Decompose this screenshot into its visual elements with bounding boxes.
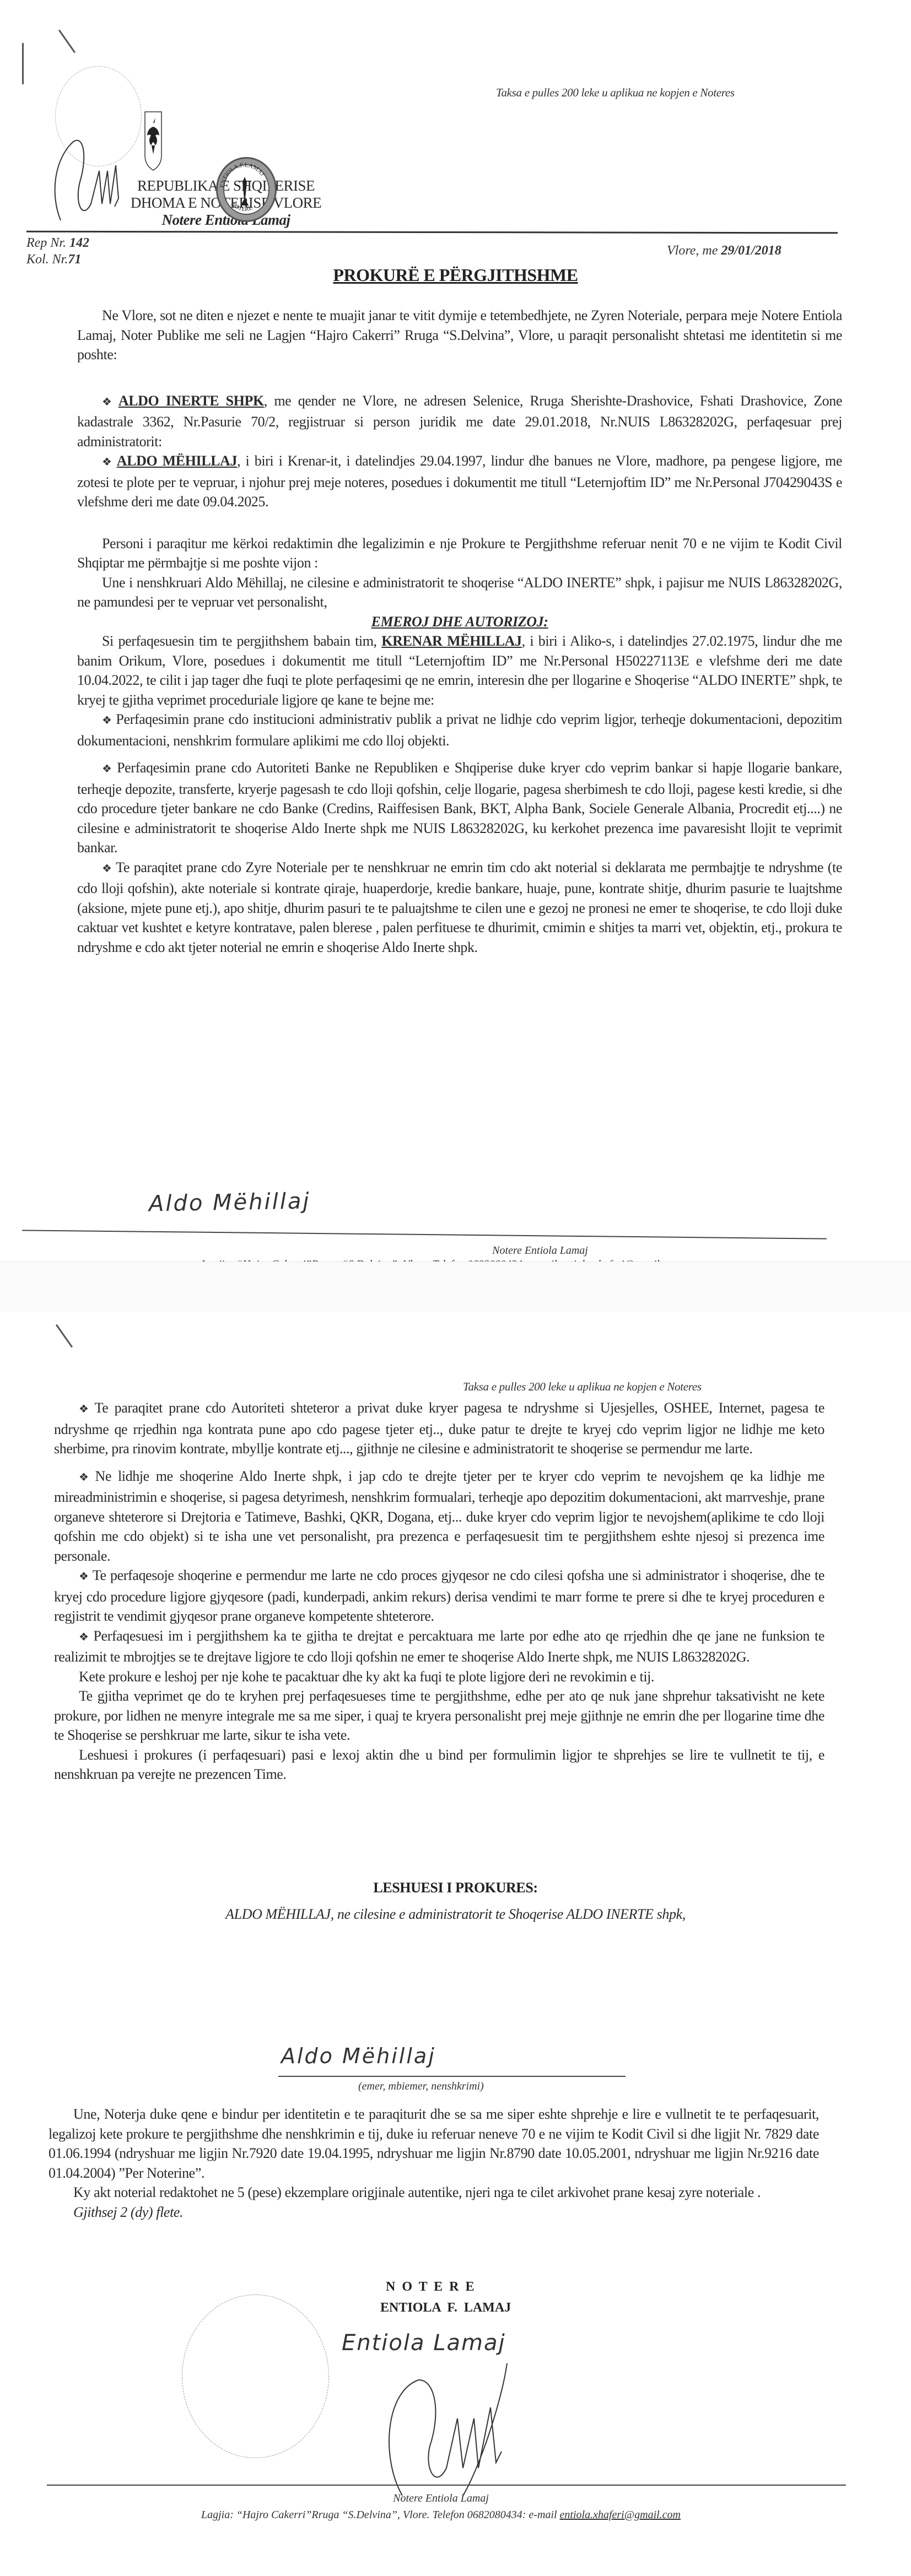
power-item: ❖Te perfaqesoje shoqerine e permendur me… [54,1566,824,1626]
bullet-icon: ❖ [79,1403,91,1415]
sheets-count: Gjithsej 2 (dy) flete. [48,2202,819,2222]
notary-signature-handwritten: Entiola Lamaj [342,2330,506,2356]
page2-footer: Notere Entiola Lamaj Lagjia: “Hajro Cake… [55,2490,827,2523]
bullet-icon: ❖ [102,396,115,408]
tax-note: Taksa e pulles 200 leke u aplikua ne kop… [463,1380,702,1394]
issuer-signature-line [278,2076,626,2077]
issuer-read-paragraph: Leshuesi i prokures (i perfaqesuari) pas… [54,1745,824,1784]
validity-paragraph: Kete prokure e leshoj per nje kohe te pa… [54,1667,824,1687]
page1-body: Ne Vlore, sot ne diten e njezet e nente … [77,306,842,957]
signature-line [22,1230,827,1239]
administrator-name: ALDO MËHILLAJ [117,453,237,469]
declaration-paragraph: Une i nenshkruari Aldo Mëhillaj, ne cile… [77,573,842,612]
bullet-icon: ❖ [79,1571,89,1583]
state-seal-stamp [182,2294,329,2458]
issuer-signature-handwritten: Aldo Mëhillaj [281,2044,436,2068]
all-actions-paragraph: Te gjitha veprimet qe do te kryhen prej … [54,1686,824,1745]
bullet-icon: ❖ [79,1471,91,1484]
header-divider [26,231,838,234]
copies-paragraph: Ky akt noterial redaktohet ne 5 (pese) e… [48,2183,819,2202]
agent-paragraph: Si perfaqesuesin tim te pergjithshem bab… [77,631,842,710]
svg-text:ENTIOLA.F.LAMAJ: ENTIOLA.F.LAMAJ [219,162,266,188]
coat-of-arms-icon [144,111,162,171]
party-company: ❖ALDO INERTE SHPK, me qender ne Vlore, n… [77,391,842,452]
tax-note: Taksa e pulles 200 leke u aplikua ne kop… [496,86,735,100]
bullet-icon: ❖ [79,1631,90,1643]
intro-paragraph: Ne Vlore, sot ne diten e njezet e nente … [77,306,842,365]
notary-section: Une, Noterja duke qene e bindur per iden… [48,2104,819,2222]
power-item: ❖Te paraqitet prane cdo Zyre Noteriale p… [77,858,842,957]
footer-line [47,2485,846,2486]
notary-signature-scribble [380,2358,546,2501]
document-page-2: Taksa e pulles 200 leke u aplikua ne kop… [0,1311,911,2576]
footer-email-link[interactable]: entiola.xhaferi@gmail.com [560,2509,681,2521]
company-name: ALDO INERTE SHPK [118,393,264,409]
scan-mark [56,1324,73,1348]
power-item: ❖Ne lidhje me shoqerine Aldo Inerte shpk… [54,1466,824,1566]
footer-notary: Notere Entiola Lamaj [55,2490,827,2507]
power-item: ❖Perfaqesimin prane cdo institucioni adm… [77,710,842,750]
document-page-1: Taksa e pulles 200 leke u aplikua ne kop… [0,0,911,1262]
power-item: ❖Perfaqesimin prane cdo Autoriteti Banke… [77,758,842,858]
document-title: PROKURË E PËRGJITHSHME [0,265,911,285]
signature-caption: (emer, mbiemer, nenshkrimi) [358,2080,484,2093]
footer-address: Lagjia: “Hajro Cakerri”Rruga “S.Delvina”… [55,2507,827,2523]
scan-mark [22,43,24,84]
place-date: Vlore, me 29/01/2018 [667,242,781,259]
bullet-icon: ❖ [102,456,114,468]
reference-numbers: Rep Nr. 142 Kol. Nr.71 [26,235,89,268]
request-paragraph: Personi i paraqitur me kërkoi redaktimin… [77,534,842,573]
agent-name: KRENAR MËHILLAJ [381,633,521,649]
notary-seal: ENTIOLA.F.LAMAJ NOTERE [216,157,277,222]
issuer-line: ALDO MËHILLAJ, ne cilesine e administrat… [0,1906,911,1923]
page-separator [0,1262,911,1312]
notary-name: ENTIOLA F. LAMAJ [380,2301,511,2315]
notary-title: N O T E R E [386,2280,476,2294]
page2-body: ❖Te paraqitet prane cdo Autoriteti shtet… [54,1398,824,1784]
notary-statement: Une, Noterja duke qene e bindur per iden… [48,2104,819,2183]
bullet-icon: ❖ [102,715,112,727]
bullet-icon: ❖ [102,763,114,775]
power-item: ❖Te paraqitet prane cdo Autoriteti shtet… [54,1398,824,1459]
rep-number: Rep Nr. 142 [26,235,89,251]
svg-text:NOTERE: NOTERE [230,201,254,213]
signature-handwritten: Aldo Mëhillaj [149,1188,311,1216]
scan-mark [58,30,76,53]
issuer-heading: LESHUESI I PROKURES: [0,1880,911,1896]
appoint-heading: EMEROJ DHE AUTORIZOJ: [77,612,842,632]
party-administrator: ❖ALDO MËHILLAJ, i biri i Krenar-it, i da… [77,451,842,512]
power-item: ❖Perfaqesuesi im i pergjithshem ka te gj… [54,1626,824,1667]
bullet-icon: ❖ [102,863,112,875]
